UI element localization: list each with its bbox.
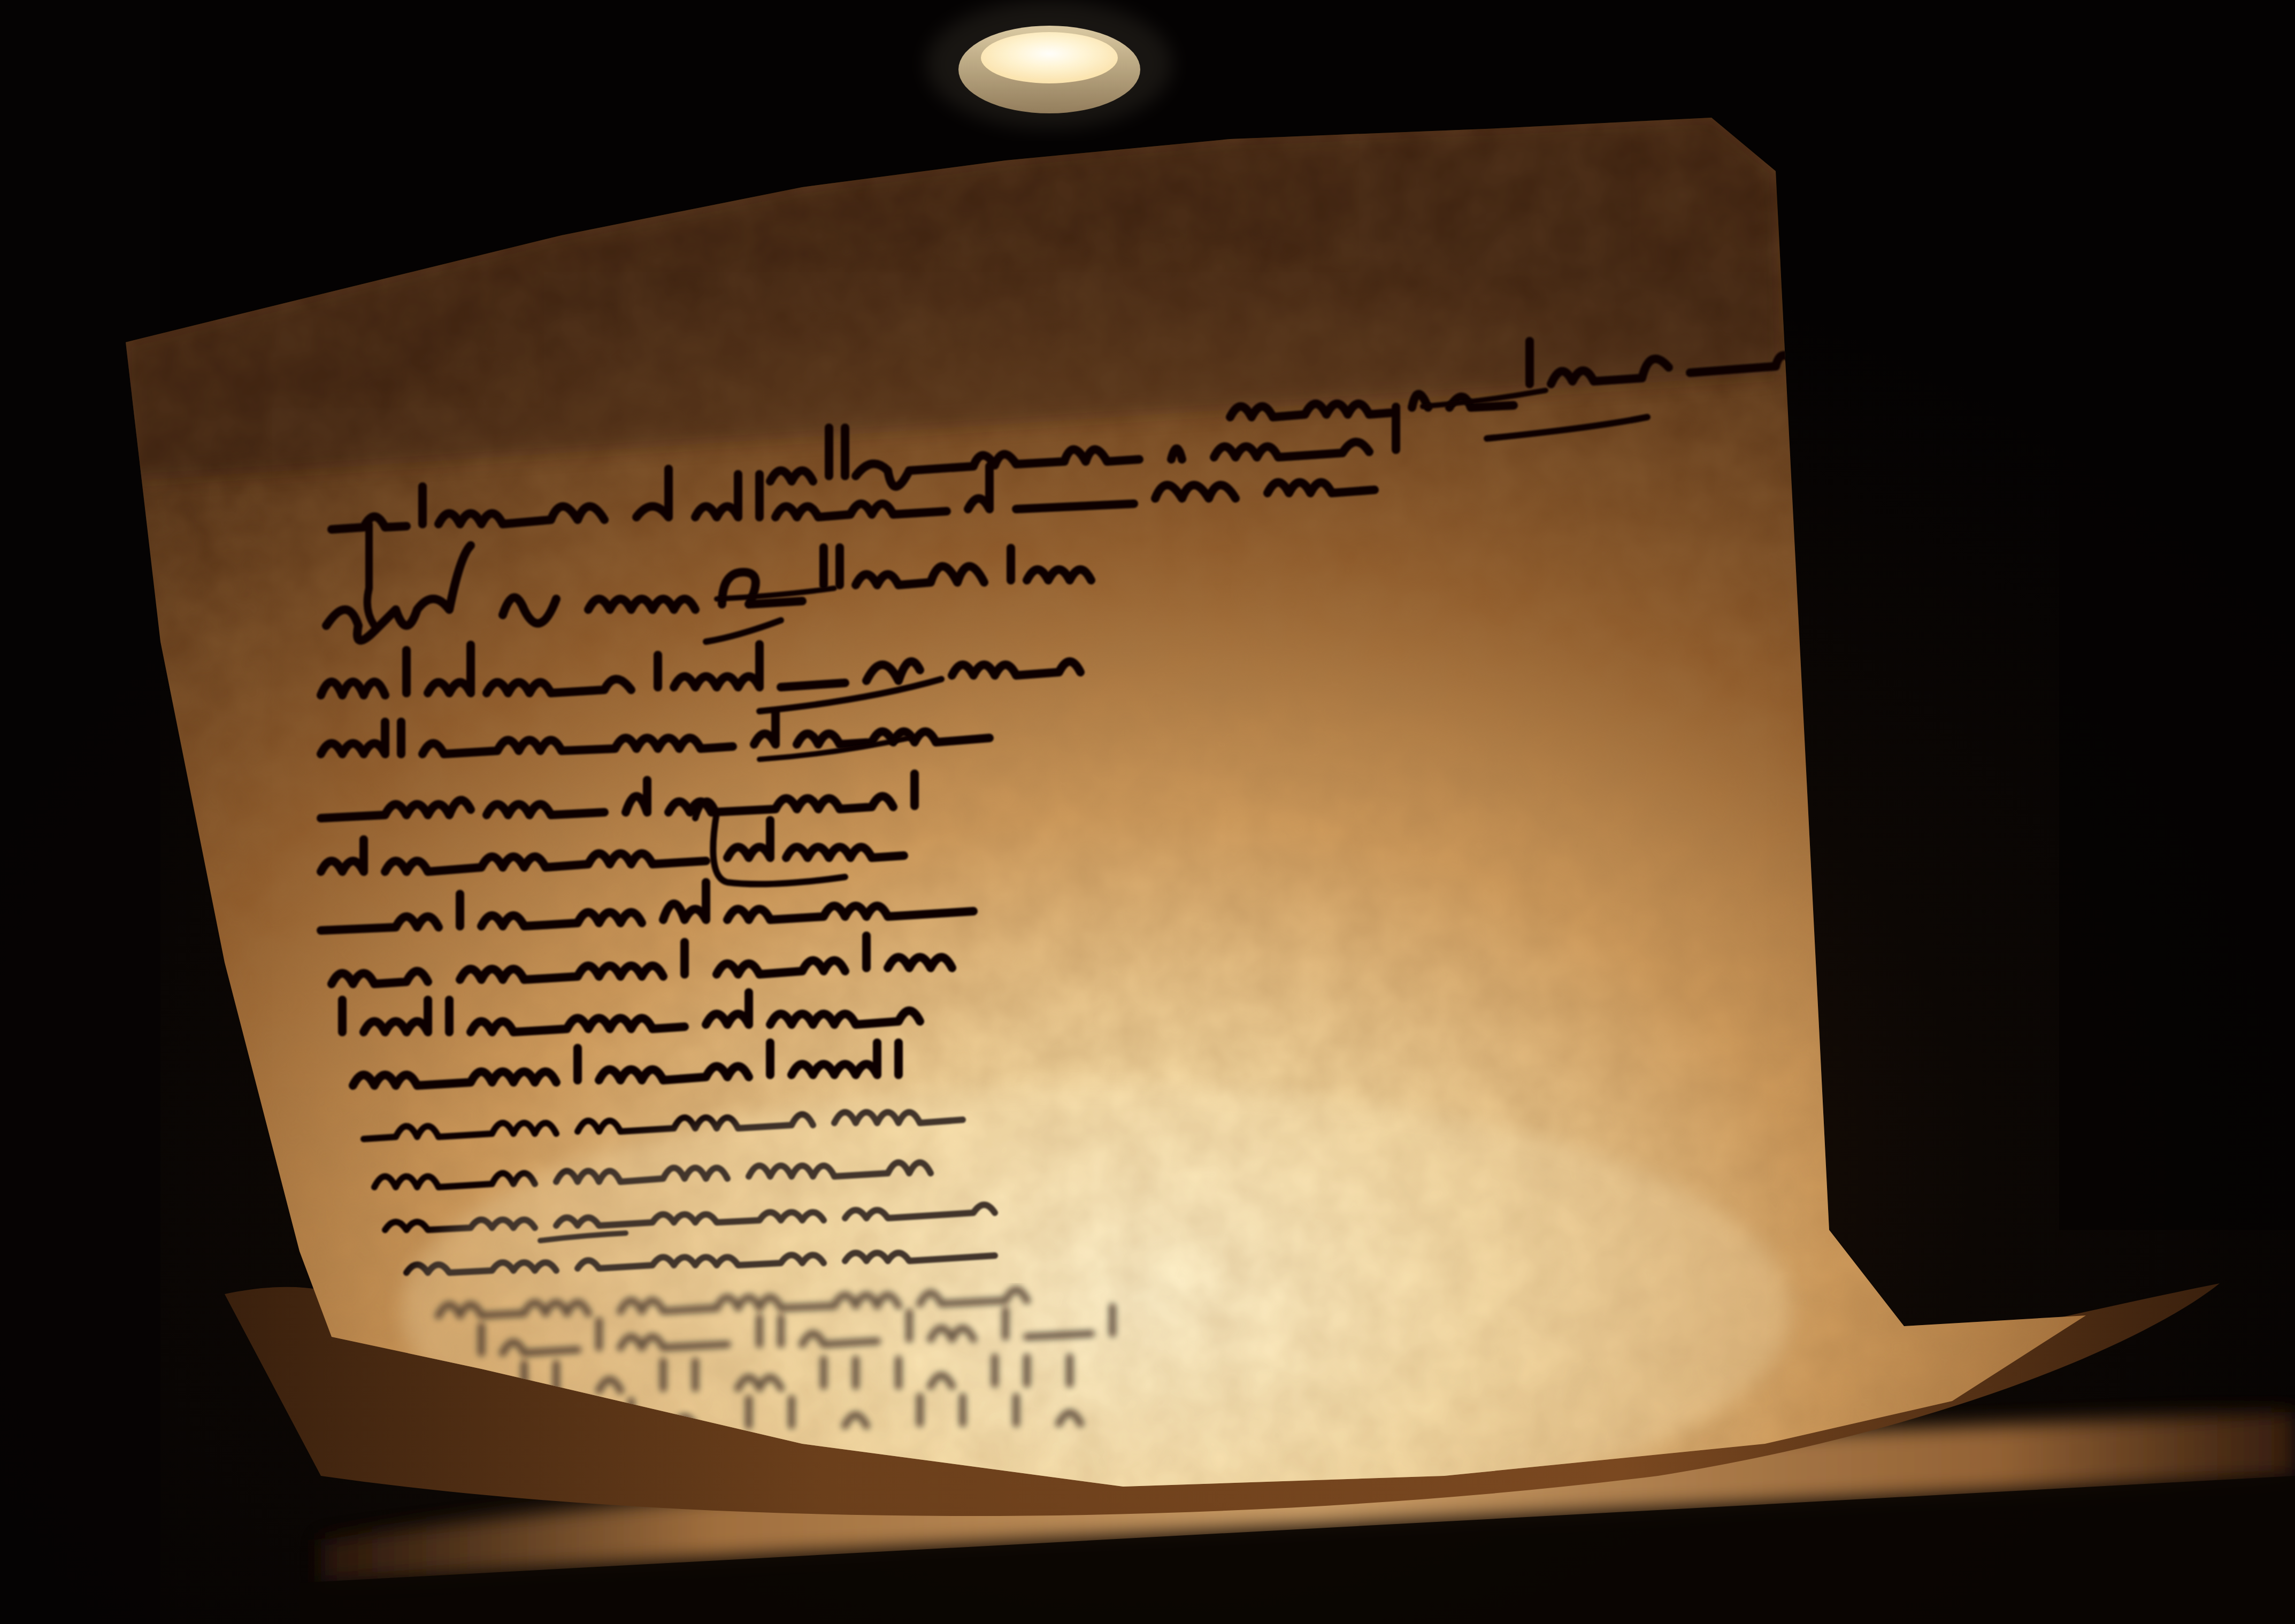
manuscript-photo — [0, 0, 2295, 1624]
spotlight-icon — [926, 0, 1172, 128]
scene-svg — [0, 0, 2295, 1624]
case-left-panel — [0, 0, 160, 1624]
case-right-panel — [2059, 0, 2295, 1230]
